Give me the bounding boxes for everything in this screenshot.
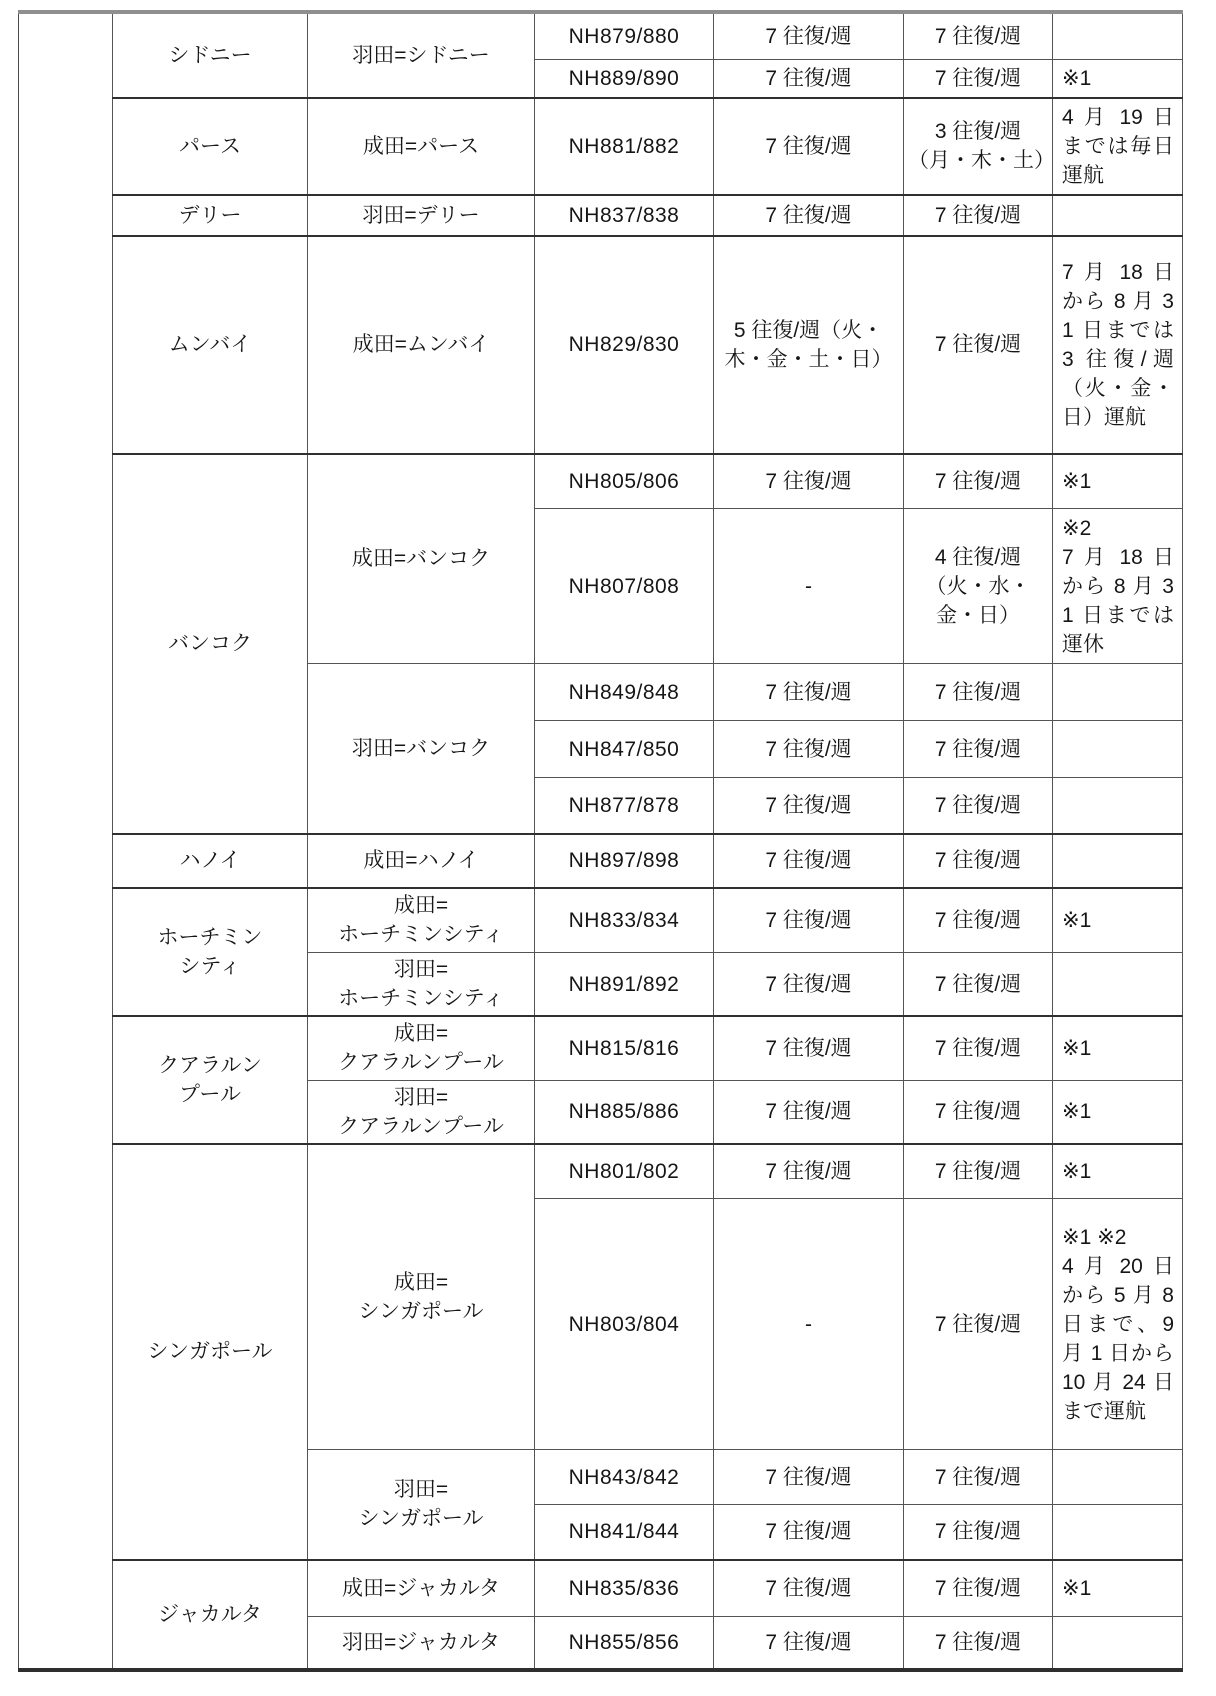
frequency-1-cell: -	[714, 509, 904, 664]
flight-schedule-table: シドニー 羽田=シドニー NH879/880 7 往復/週 7 往復/週 NH8…	[18, 10, 1183, 1672]
flight-number-cell: NH833/834	[535, 888, 714, 953]
notes-cell	[1053, 1617, 1183, 1670]
route-cell: 羽田=ジャカルタ	[308, 1617, 535, 1670]
frequency-2-cell: 7 往復/週	[904, 888, 1053, 953]
flight-number-cell: NH841/844	[535, 1505, 714, 1560]
destination-cell: デリー	[113, 195, 308, 236]
frequency-1-cell: 7 往復/週	[714, 721, 904, 778]
route-cell: 羽田= シンガポール	[308, 1450, 535, 1560]
frequency-1-cell: 7 往復/週	[714, 1450, 904, 1505]
frequency-1-cell: 7 往復/週	[714, 834, 904, 888]
route-cell: 成田= ホーチミンシティ	[308, 888, 535, 953]
frequency-1-cell: 7 往復/週	[714, 1080, 904, 1144]
frequency-2-cell: 7 往復/週	[904, 1560, 1053, 1617]
notes-cell	[1053, 664, 1183, 721]
flight-number-cell: NH835/836	[535, 1560, 714, 1617]
route-cell: 成田=ジャカルタ	[308, 1560, 535, 1617]
notes-cell	[1053, 721, 1183, 778]
flight-number-cell: NH877/878	[535, 778, 714, 834]
flight-number-cell: NH891/892	[535, 953, 714, 1017]
table-row: デリー 羽田=デリー NH837/838 7 往復/週 7 往復/週	[19, 195, 1183, 236]
frequency-2-cell: 7 往復/週	[904, 1080, 1053, 1144]
frequency-1-cell: -	[714, 1199, 904, 1450]
frequency-1-cell: 7 往復/週	[714, 1505, 904, 1560]
table-row: ホーチミン シティ 成田= ホーチミンシティ NH833/834 7 往復/週 …	[19, 888, 1183, 953]
notes-cell: ※1 ※2 4 月 20 日から 5 月 8 日まで、9 月 1 日から 10 …	[1053, 1199, 1183, 1450]
destination-cell: シンガポール	[113, 1144, 308, 1560]
frequency-1-cell: 7 往復/週	[714, 59, 904, 98]
flight-number-cell: NH803/804	[535, 1199, 714, 1450]
frequency-1-cell: 7 往復/週	[714, 98, 904, 195]
frequency-2-cell: 7 往復/週	[904, 454, 1053, 509]
frequency-2-cell: 7 往復/週	[904, 12, 1053, 59]
flight-number-cell: NH837/838	[535, 195, 714, 236]
flight-number-cell: NH847/850	[535, 721, 714, 778]
frequency-1-cell: 7 往復/週	[714, 953, 904, 1017]
destination-cell: クアラルン プール	[113, 1016, 308, 1144]
destination-cell: ハノイ	[113, 834, 308, 888]
flight-number-cell: NH805/806	[535, 454, 714, 509]
frequency-2-cell: 7 往復/週	[904, 834, 1053, 888]
flight-number-cell: NH807/808	[535, 509, 714, 664]
route-cell: 成田=ムンバイ	[308, 236, 535, 454]
route-cell: 羽田=デリー	[308, 195, 535, 236]
frequency-1-cell: 5 往復/週（火・木・金・土・日）	[714, 236, 904, 454]
table-row: ムンバイ 成田=ムンバイ NH829/830 5 往復/週（火・木・金・土・日）…	[19, 236, 1183, 454]
table-row: バンコク 成田=バンコク NH805/806 7 往復/週 7 往復/週 ※1	[19, 454, 1183, 509]
notes-cell: 4 月 19 日までは毎日運航	[1053, 98, 1183, 195]
frequency-2-cell: 7 往復/週	[904, 1617, 1053, 1670]
frequency-1-cell: 7 往復/週	[714, 1560, 904, 1617]
notes-cell: ※1	[1053, 59, 1183, 98]
frequency-1-cell: 7 往復/週	[714, 1016, 904, 1080]
notes-cell: 7 月 18 日から 8 月 31 日までは 3 往復/週（火・金・日）運航	[1053, 236, 1183, 454]
flight-number-cell: NH879/880	[535, 12, 714, 59]
frequency-2-cell: 7 往復/週	[904, 721, 1053, 778]
table-row: パース 成田=パース NH881/882 7 往復/週 3 往復/週（月・木・土…	[19, 98, 1183, 195]
notes-cell: ※2 7 月 18 日から 8 月 31 日までは運休	[1053, 509, 1183, 664]
route-cell: 羽田=シドニー	[308, 12, 535, 98]
destination-cell: シドニー	[113, 12, 308, 98]
destination-cell: ジャカルタ	[113, 1560, 308, 1670]
table-row: シドニー 羽田=シドニー NH879/880 7 往復/週 7 往復/週	[19, 12, 1183, 59]
notes-cell	[1053, 834, 1183, 888]
frequency-2-cell: 7 往復/週	[904, 1016, 1053, 1080]
table-row: クアラルン プール 成田= クアラルンプール NH815/816 7 往復/週 …	[19, 1016, 1183, 1080]
flight-number-cell: NH889/890	[535, 59, 714, 98]
notes-cell: ※1	[1053, 1144, 1183, 1199]
frequency-2-cell: 7 往復/週	[904, 59, 1053, 98]
notes-cell	[1053, 778, 1183, 834]
frequency-2-cell: 7 往復/週	[904, 664, 1053, 721]
notes-cell	[1053, 1505, 1183, 1560]
flight-number-cell: NH829/830	[535, 236, 714, 454]
route-cell: 成田=パース	[308, 98, 535, 195]
frequency-2-cell: 7 往復/週	[904, 778, 1053, 834]
frequency-2-cell: 7 往復/週	[904, 953, 1053, 1017]
frequency-1-cell: 7 往復/週	[714, 1144, 904, 1199]
notes-cell	[1053, 195, 1183, 236]
table-row: ジャカルタ 成田=ジャカルタ NH835/836 7 往復/週 7 往復/週 ※…	[19, 1560, 1183, 1617]
route-cell: 成田= シンガポール	[308, 1144, 535, 1450]
notes-cell	[1053, 953, 1183, 1017]
route-cell: 成田= クアラルンプール	[308, 1016, 535, 1080]
route-cell: 羽田=バンコク	[308, 664, 535, 834]
notes-cell	[1053, 12, 1183, 59]
notes-cell	[1053, 1450, 1183, 1505]
flight-number-cell: NH855/856	[535, 1617, 714, 1670]
notes-cell: ※1	[1053, 1080, 1183, 1144]
flight-number-cell: NH885/886	[535, 1080, 714, 1144]
notes-cell: ※1	[1053, 1016, 1183, 1080]
frequency-2-cell: 7 往復/週	[904, 1450, 1053, 1505]
table-row: ハノイ 成田=ハノイ NH897/898 7 往復/週 7 往復/週	[19, 834, 1183, 888]
frequency-1-cell: 7 往復/週	[714, 778, 904, 834]
route-cell: 羽田= ホーチミンシティ	[308, 953, 535, 1017]
frequency-1-cell: 7 往復/週	[714, 888, 904, 953]
frequency-1-cell: 7 往復/週	[714, 1617, 904, 1670]
notes-cell: ※1	[1053, 888, 1183, 953]
frequency-2-cell: 7 往復/週	[904, 1199, 1053, 1450]
flight-number-cell: NH815/816	[535, 1016, 714, 1080]
flight-number-cell: NH801/802	[535, 1144, 714, 1199]
flight-number-cell: NH849/848	[535, 664, 714, 721]
frequency-2-cell: 4 往復/週（火・水・金・日）	[904, 509, 1053, 664]
frequency-2-cell: 7 往復/週	[904, 195, 1053, 236]
table-row: シンガポール 成田= シンガポール NH801/802 7 往復/週 7 往復/…	[19, 1144, 1183, 1199]
frequency-2-cell: 7 往復/週	[904, 236, 1053, 454]
destination-cell: パース	[113, 98, 308, 195]
notes-cell: ※1	[1053, 454, 1183, 509]
destination-cell: バンコク	[113, 454, 308, 834]
route-cell: 成田=ハノイ	[308, 834, 535, 888]
frequency-1-cell: 7 往復/週	[714, 664, 904, 721]
notes-cell: ※1	[1053, 1560, 1183, 1617]
destination-cell: ホーチミン シティ	[113, 888, 308, 1017]
frequency-2-cell: 3 往復/週（月・木・土）	[904, 98, 1053, 195]
frequency-1-cell: 7 往復/週	[714, 454, 904, 509]
frequency-1-cell: 7 往復/週	[714, 12, 904, 59]
flight-number-cell: NH843/842	[535, 1450, 714, 1505]
frequency-2-cell: 7 往復/週	[904, 1144, 1053, 1199]
frequency-2-cell: 7 往復/週	[904, 1505, 1053, 1560]
destination-cell: ムンバイ	[113, 236, 308, 454]
flight-number-cell: NH897/898	[535, 834, 714, 888]
route-cell: 羽田= クアラルンプール	[308, 1080, 535, 1144]
flight-number-cell: NH881/882	[535, 98, 714, 195]
document-page: シドニー 羽田=シドニー NH879/880 7 往復/週 7 往復/週 NH8…	[0, 0, 1216, 1696]
route-cell: 成田=バンコク	[308, 454, 535, 664]
frequency-1-cell: 7 往復/週	[714, 195, 904, 236]
spacer-cell	[19, 12, 113, 1670]
